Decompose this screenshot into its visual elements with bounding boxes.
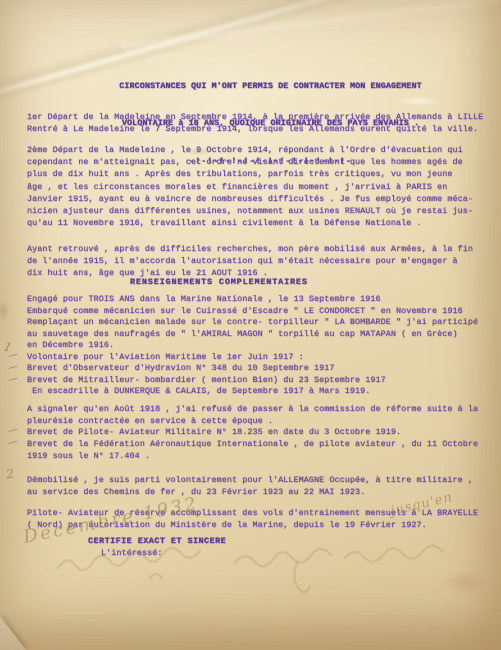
paper-fold-bottom-left bbox=[0, 616, 26, 650]
pilot-licenses-list: Brevet de Pilote- Aviateur Militaire N° … bbox=[27, 426, 478, 463]
title-line-1: CIRCONSTANCES QUI M'ONT PERMIS DE CONTRA… bbox=[40, 80, 501, 92]
section-header-renseignements: RENSEIGNEMENTS COMPLEMENTAIRES bbox=[130, 276, 308, 288]
paragraph-reform-refusal: A signaler qu'en Août 1918 , j'ai refusé… bbox=[27, 403, 478, 427]
paragraph-first-departure: 1er Départ de la Madeleine en Septembre … bbox=[27, 111, 483, 135]
paragraph-demobilization: Démobilisé , je suis parti volontairemen… bbox=[27, 474, 473, 498]
paragraph-reserve-pilot: Pilote- Aviateur de réserve accomplissan… bbox=[27, 507, 478, 531]
signature-label: L'intéressé: bbox=[101, 547, 163, 559]
paragraph-authorization: Ayant retrouvé , après de difficiles rec… bbox=[27, 243, 473, 280]
typewritten-document-page: CIRCONSTANCES QUI M'ONT PERMIS DE CONTRA… bbox=[0, 0, 501, 650]
paragraph-second-departure: 2ème Départ de la Madeleine , le 9 Octob… bbox=[27, 144, 473, 229]
certification-statement: CERTIFIE EXACT ET SINCERE bbox=[88, 535, 226, 547]
service-record-list: Engagé pour TROIS ANS dans la Marine Nat… bbox=[27, 294, 478, 398]
